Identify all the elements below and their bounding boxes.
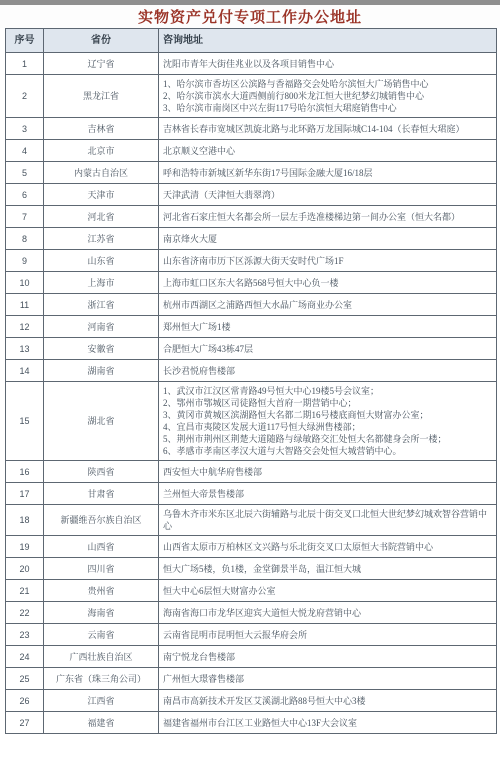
address-line: 广州恒大璟睿售楼部: [163, 673, 492, 685]
address-line: 河北省石家庄恒大名都会所一层左手选准楼梯边第一间办公室（恒大名都）: [163, 211, 492, 223]
column-header-index: 序号: [6, 29, 44, 53]
province-cell: 浙江省: [44, 294, 159, 316]
row-index-cell: 25: [6, 668, 44, 690]
address-cell: 恒大中心6层恒大财富办公室: [159, 580, 497, 602]
address-line: 海南省海口市龙华区迎宾大道恒大悦龙府营销中心: [163, 607, 492, 619]
table-body: 1辽宁省沈阳市青年大街佳兆业以及各项目销售中心2黑龙江省1、哈尔滨市香坊区公滨路…: [6, 53, 497, 734]
table-row: 3吉林省吉林省长春市宽城区凯旋北路与北环路万龙国际城C14-104（长春恒大珺庭…: [6, 118, 497, 140]
table-row: 17甘肃省兰州恒大帝景售楼部: [6, 483, 497, 505]
address-cell: 呼和浩特市新城区新华东街17号国际金融大厦16/18层: [159, 162, 497, 184]
address-cell: 广州恒大璟睿售楼部: [159, 668, 497, 690]
province-cell: 甘肃省: [44, 483, 159, 505]
table-row: 1辽宁省沈阳市青年大街佳兆业以及各项目销售中心: [6, 53, 497, 75]
table-row: 15湖北省1、武汉市江汉区常青路49号恒大中心19楼5号会议室；2、鄂州市鄂城区…: [6, 382, 497, 461]
address-cell: 山西省太原市万柏林区文兴路与乐北街交叉口太原恒大书院营销中心: [159, 536, 497, 558]
province-cell: 云南省: [44, 624, 159, 646]
province-cell: 江西省: [44, 690, 159, 712]
address-line: 5、荆州市荆州区荆楚大道随路与绿敏路交汇处恒大名都健身会所一楼；: [163, 433, 492, 445]
row-index-cell: 6: [6, 184, 44, 206]
address-cell: 河北省石家庄恒大名都会所一层左手选准楼梯边第一间办公室（恒大名都）: [159, 206, 497, 228]
table-row: 4北京市北京顺义空港中心: [6, 140, 497, 162]
address-cell: 乌鲁木齐市米东区北辰六街辅路与北辰十街交叉口北恒大世纪梦幻城欢智谷营销中心: [159, 505, 497, 536]
address-line: 合肥恒大广场43栋47层: [163, 343, 492, 355]
address-cell: 长沙君悦府售楼部: [159, 360, 497, 382]
table-row: 5内蒙古自治区呼和浩特市新城区新华东街17号国际金融大厦16/18层: [6, 162, 497, 184]
address-line: 北京顺义空港中心: [163, 145, 492, 157]
province-cell: 安徽省: [44, 338, 159, 360]
row-index-cell: 4: [6, 140, 44, 162]
province-cell: 四川省: [44, 558, 159, 580]
address-line: 山东省济南市历下区泺源大街天安时代广场1F: [163, 255, 492, 267]
address-line: 天津武清（天津恒大翡翠湾）: [163, 189, 492, 201]
row-index-cell: 9: [6, 250, 44, 272]
table-row: 9山东省山东省济南市历下区泺源大街天安时代广场1F: [6, 250, 497, 272]
address-line: 山西省太原市万柏林区文兴路与乐北街交叉口太原恒大书院营销中心: [163, 541, 492, 553]
address-line: 乌鲁木齐市米东区北辰六街辅路与北辰十街交叉口北恒大世纪梦幻城欢智谷营销中心: [163, 508, 492, 532]
address-line: 吉林省长春市宽城区凯旋北路与北环路万龙国际城C14-104（长春恒大珺庭）: [163, 123, 492, 135]
address-cell: 沈阳市青年大街佳兆业以及各项目销售中心: [159, 53, 497, 75]
table-row: 14湖南省长沙君悦府售楼部: [6, 360, 497, 382]
address-cell: 云南省昆明市昆明恒大云报华府会所: [159, 624, 497, 646]
page-title: 实物资产兑付专项工作办公地址: [138, 6, 362, 27]
address-line: 福建省福州市台江区工业路恒大中心13F大会议室: [163, 717, 492, 729]
province-cell: 吉林省: [44, 118, 159, 140]
table-row: 21贵州省恒大中心6层恒大财富办公室: [6, 580, 497, 602]
address-cell: 恒大广场5楼，负1楼，金堂御景半岛，温江恒大城: [159, 558, 497, 580]
row-index-cell: 1: [6, 53, 44, 75]
table-row: 10上海市上海市虹口区东大名路568号恒大中心负一楼: [6, 272, 497, 294]
province-cell: 辽宁省: [44, 53, 159, 75]
province-cell: 新疆维吾尔族自治区: [44, 505, 159, 536]
row-index-cell: 14: [6, 360, 44, 382]
office-address-table: 序号 省份 咨询地址 1辽宁省沈阳市青年大街佳兆业以及各项目销售中心2黑龙江省1…: [5, 28, 497, 734]
row-index-cell: 18: [6, 505, 44, 536]
address-cell: 上海市虹口区东大名路568号恒大中心负一楼: [159, 272, 497, 294]
table-row: 7河北省河北省石家庄恒大名都会所一层左手选准楼梯边第一间办公室（恒大名都）: [6, 206, 497, 228]
address-cell: 吉林省长春市宽城区凯旋北路与北环路万龙国际城C14-104（长春恒大珺庭）: [159, 118, 497, 140]
province-cell: 广西壮族自治区: [44, 646, 159, 668]
address-line: 1、武汉市江汉区常青路49号恒大中心19楼5号会议室；: [163, 385, 492, 397]
address-cell: 福建省福州市台江区工业路恒大中心13F大会议室: [159, 712, 497, 734]
row-index-cell: 13: [6, 338, 44, 360]
table-row: 22海南省海南省海口市龙华区迎宾大道恒大悦龙府营销中心: [6, 602, 497, 624]
province-cell: 陕西省: [44, 461, 159, 483]
row-index-cell: 24: [6, 646, 44, 668]
province-cell: 湖北省: [44, 382, 159, 461]
table-row: 27福建省福建省福州市台江区工业路恒大中心13F大会议室: [6, 712, 497, 734]
address-line: 呼和浩特市新城区新华东街17号国际金融大厦16/18层: [163, 167, 492, 179]
address-line: 1、哈尔滨市香坊区公滨路与香福路交会处哈尔滨恒大广场销售中心: [163, 78, 492, 90]
row-index-cell: 19: [6, 536, 44, 558]
row-index-cell: 16: [6, 461, 44, 483]
address-line: 郑州恒大广场1楼: [163, 321, 492, 333]
address-line: 南昌市高新技术开发区艾溪湖北路88号恒大中心3楼: [163, 695, 492, 707]
address-line: 恒大广场5楼，负1楼，金堂御景半岛，温江恒大城: [163, 563, 492, 575]
address-cell: 南京烽火大厦: [159, 228, 497, 250]
column-header-province: 省份: [44, 29, 159, 53]
row-index-cell: 20: [6, 558, 44, 580]
document-header: 实物资产兑付专项工作办公地址: [0, 5, 500, 28]
table-row: 26江西省南昌市高新技术开发区艾溪湖北路88号恒大中心3楼: [6, 690, 497, 712]
province-cell: 河南省: [44, 316, 159, 338]
address-line: 2、鄂州市鄂城区司徒路恒大首府一期营销中心；: [163, 397, 492, 409]
address-line: 杭州市西湖区之浦路西恒大水晶广场商业办公室: [163, 299, 492, 311]
row-index-cell: 12: [6, 316, 44, 338]
row-index-cell: 22: [6, 602, 44, 624]
province-cell: 贵州省: [44, 580, 159, 602]
row-index-cell: 26: [6, 690, 44, 712]
address-line: 4、宜昌市夷陵区发展大道117号恒大绿洲售楼部；: [163, 421, 492, 433]
table-row: 18新疆维吾尔族自治区乌鲁木齐市米东区北辰六街辅路与北辰十街交叉口北恒大世纪梦幻…: [6, 505, 497, 536]
address-line: 兰州恒大帝景售楼部: [163, 488, 492, 500]
row-index-cell: 3: [6, 118, 44, 140]
address-line: 西安恒大中航华府售楼部: [163, 466, 492, 478]
province-cell: 江苏省: [44, 228, 159, 250]
address-line: 南宁悦龙台售楼部: [163, 651, 492, 663]
address-cell: 北京顺义空港中心: [159, 140, 497, 162]
address-line: 长沙君悦府售楼部: [163, 365, 492, 377]
address-line: 2、哈尔滨市滨水大道西侧前行800米龙江恒大世纪梦幻城销售中心: [163, 90, 492, 102]
address-line: 3、黄冈市黄城区滨湖路恒大名都二期16号楼底商恒大财富办公室；: [163, 409, 492, 421]
table-row: 6天津市天津武清（天津恒大翡翠湾）: [6, 184, 497, 206]
address-line: 恒大中心6层恒大财富办公室: [163, 585, 492, 597]
address-line: 南京烽火大厦: [163, 233, 492, 245]
row-index-cell: 23: [6, 624, 44, 646]
province-cell: 上海市: [44, 272, 159, 294]
address-cell: 1、武汉市江汉区常青路49号恒大中心19楼5号会议室；2、鄂州市鄂城区司徒路恒大…: [159, 382, 497, 461]
column-header-address: 咨询地址: [159, 29, 497, 53]
table-row: 8江苏省南京烽火大厦: [6, 228, 497, 250]
address-cell: 杭州市西湖区之浦路西恒大水晶广场商业办公室: [159, 294, 497, 316]
row-index-cell: 17: [6, 483, 44, 505]
address-cell: 海南省海口市龙华区迎宾大道恒大悦龙府营销中心: [159, 602, 497, 624]
row-index-cell: 11: [6, 294, 44, 316]
address-cell: 天津武清（天津恒大翡翠湾）: [159, 184, 497, 206]
row-index-cell: 21: [6, 580, 44, 602]
province-cell: 湖南省: [44, 360, 159, 382]
address-line: 3、哈尔滨市南岗区中兴左街117号哈尔滨恒大珺庭销售中心: [163, 102, 492, 114]
address-cell: 郑州恒大广场1楼: [159, 316, 497, 338]
province-cell: 北京市: [44, 140, 159, 162]
table-row: 16陕西省西安恒大中航华府售楼部: [6, 461, 497, 483]
address-cell: 南昌市高新技术开发区艾溪湖北路88号恒大中心3楼: [159, 690, 497, 712]
row-index-cell: 8: [6, 228, 44, 250]
province-cell: 福建省: [44, 712, 159, 734]
address-cell: 南宁悦龙台售楼部: [159, 646, 497, 668]
table-row: 20四川省恒大广场5楼，负1楼，金堂御景半岛，温江恒大城: [6, 558, 497, 580]
province-cell: 广东省（珠三角公司）: [44, 668, 159, 690]
table-row: 23云南省云南省昆明市昆明恒大云报华府会所: [6, 624, 497, 646]
address-cell: 兰州恒大帝景售楼部: [159, 483, 497, 505]
address-line: 沈阳市青年大街佳兆业以及各项目销售中心: [163, 58, 492, 70]
province-cell: 黑龙江省: [44, 75, 159, 118]
table-row: 24广西壮族自治区南宁悦龙台售楼部: [6, 646, 497, 668]
province-cell: 海南省: [44, 602, 159, 624]
table-row: 12河南省郑州恒大广场1楼: [6, 316, 497, 338]
address-cell: 合肥恒大广场43栋47层: [159, 338, 497, 360]
row-index-cell: 5: [6, 162, 44, 184]
row-index-cell: 15: [6, 382, 44, 461]
province-cell: 河北省: [44, 206, 159, 228]
address-cell: 山东省济南市历下区泺源大街天安时代广场1F: [159, 250, 497, 272]
row-index-cell: 2: [6, 75, 44, 118]
row-index-cell: 10: [6, 272, 44, 294]
table-header-row: 序号 省份 咨询地址: [6, 29, 497, 53]
table-row: 11浙江省杭州市西湖区之浦路西恒大水晶广场商业办公室: [6, 294, 497, 316]
province-cell: 山西省: [44, 536, 159, 558]
table-row: 19山西省山西省太原市万柏林区文兴路与乐北街交叉口太原恒大书院营销中心: [6, 536, 497, 558]
province-cell: 天津市: [44, 184, 159, 206]
address-cell: 1、哈尔滨市香坊区公滨路与香福路交会处哈尔滨恒大广场销售中心2、哈尔滨市滨水大道…: [159, 75, 497, 118]
address-line: 云南省昆明市昆明恒大云报华府会所: [163, 629, 492, 641]
province-cell: 内蒙古自治区: [44, 162, 159, 184]
address-line: 上海市虹口区东大名路568号恒大中心负一楼: [163, 277, 492, 289]
address-cell: 西安恒大中航华府售楼部: [159, 461, 497, 483]
address-line: 6、孝感市孝南区孝汉大道与大智路交会处恒大城营销中心。: [163, 445, 492, 457]
table-row: 13安徽省合肥恒大广场43栋47层: [6, 338, 497, 360]
row-index-cell: 7: [6, 206, 44, 228]
table-row: 25广东省（珠三角公司）广州恒大璟睿售楼部: [6, 668, 497, 690]
table-row: 2黑龙江省1、哈尔滨市香坊区公滨路与香福路交会处哈尔滨恒大广场销售中心2、哈尔滨…: [6, 75, 497, 118]
row-index-cell: 27: [6, 712, 44, 734]
province-cell: 山东省: [44, 250, 159, 272]
